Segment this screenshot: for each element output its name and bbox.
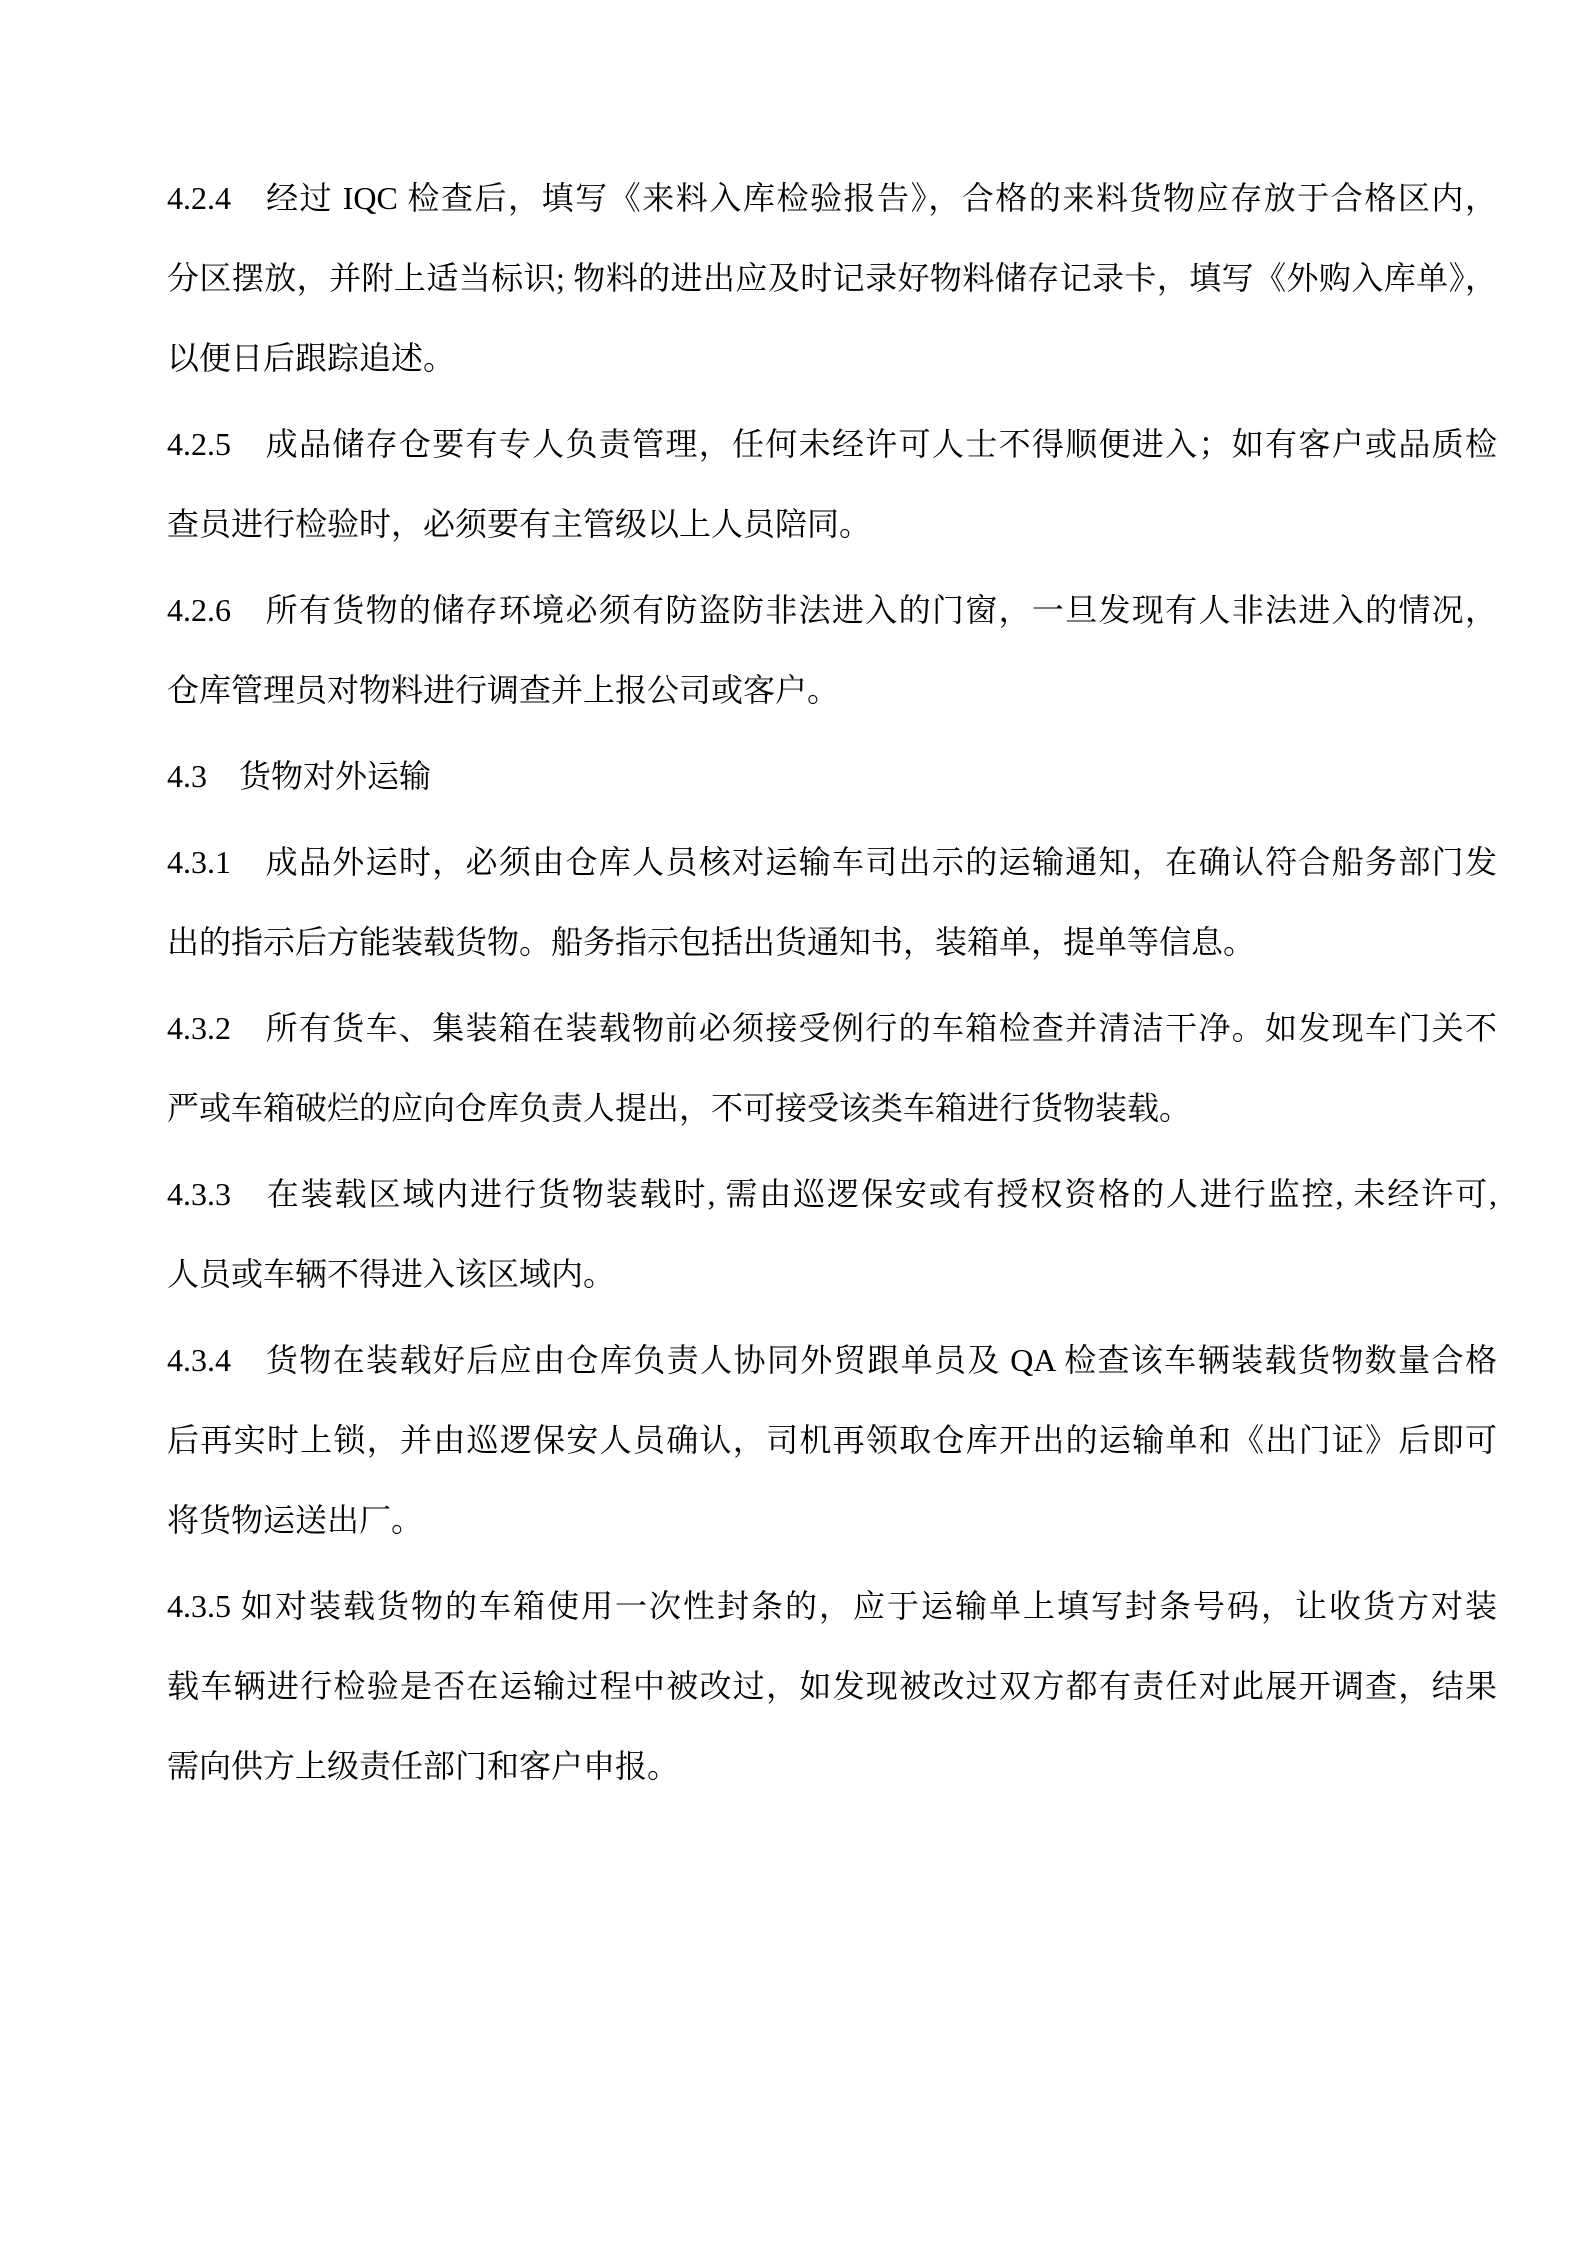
text-line: 人员或车辆不得进入该区域内。 [167, 1234, 1497, 1314]
text-line: 将货物运送出厂。 [167, 1480, 1497, 1560]
text-line: 4.3.1 成品外运时，必须由仓库人员核对运输车司出示的运输通知，在确认符合船务… [167, 822, 1497, 902]
paragraph-4.3.1: 4.3.1 成品外运时，必须由仓库人员核对运输车司出示的运输通知，在确认符合船务… [167, 822, 1497, 982]
paragraph-4.3.5: 4.3.5 如对装载货物的车箱使用一次性封条的，应于运输单上填写封条号码，让收货… [167, 1566, 1497, 1806]
text-line: 4.3.3 在装载区域内进行货物装载时, 需由巡逻保安或有授权资格的人进行监控,… [167, 1154, 1497, 1234]
text-line: 查员进行检验时，必须要有主管级以上人员陪同。 [167, 484, 1497, 564]
paragraph-4.3.4: 4.3.4 货物在装载好后应由仓库负责人协同外贸跟单员及 QA 检查该车辆装载货… [167, 1320, 1497, 1560]
text-line: 载车辆进行检验是否在运输过程中被改过，如发现被改过双方都有责任对此展开调查，结果 [167, 1646, 1497, 1726]
text-line: 4.2.5 成品储存仓要有专人负责管理，任何未经许可人士不得顺便进入；如有客户或… [167, 404, 1497, 484]
text-line: 4.2.6 所有货物的储存环境必须有防盗防非法进入的门窗，一旦发现有人非法进入的… [167, 570, 1497, 650]
paragraph-4.2.4: 4.2.4 经过 IQC 检查后，填写《来料入库检验报告》，合格的来料货物应存放… [167, 158, 1497, 398]
paragraph-4.3.2: 4.3.2 所有货车、集装箱在装载物前必须接受例行的车箱检查并清洁干净。如发现车… [167, 988, 1497, 1148]
text-line: 4.3.2 所有货车、集装箱在装载物前必须接受例行的车箱检查并清洁干净。如发现车… [167, 988, 1497, 1068]
text-line: 4.3.5 如对装载货物的车箱使用一次性封条的，应于运输单上填写封条号码，让收货… [167, 1566, 1497, 1646]
text-line: 4.2.4 经过 IQC 检查后，填写《来料入库检验报告》，合格的来料货物应存放… [167, 158, 1497, 238]
text-line: 4.3 货物对外运输 [167, 736, 1497, 816]
document-page: 4.2.4 经过 IQC 检查后，填写《来料入库检验报告》，合格的来料货物应存放… [0, 0, 1587, 2245]
paragraph-4.2.5: 4.2.5 成品储存仓要有专人负责管理，任何未经许可人士不得顺便进入；如有客户或… [167, 404, 1497, 564]
text-line: 仓库管理员对物料进行调查并上报公司或客户。 [167, 650, 1497, 730]
paragraph-4.3: 4.3 货物对外运输 [167, 736, 1497, 816]
paragraph-4.3.3: 4.3.3 在装载区域内进行货物装载时, 需由巡逻保安或有授权资格的人进行监控,… [167, 1154, 1497, 1314]
text-line: 4.3.4 货物在装载好后应由仓库负责人协同外贸跟单员及 QA 检查该车辆装载货… [167, 1320, 1497, 1400]
text-line: 以便日后跟踪追述。 [167, 318, 1497, 398]
text-line: 后再实时上锁，并由巡逻保安人员确认，司机再领取仓库开出的运输单和《出门证》后即可 [167, 1400, 1497, 1480]
text-line: 分区摆放，并附上适当标识; 物料的进出应及时记录好物料储存记录卡，填写《外购入库… [167, 238, 1497, 318]
text-line: 出的指示后方能装载货物。船务指示包括出货通知书，装箱单，提单等信息。 [167, 902, 1497, 982]
text-line: 严或车箱破烂的应向仓库负责人提出，不可接受该类车箱进行货物装载。 [167, 1068, 1497, 1148]
paragraph-4.2.6: 4.2.6 所有货物的储存环境必须有防盗防非法进入的门窗，一旦发现有人非法进入的… [167, 570, 1497, 730]
document-text: 4.2.4 经过 IQC 检查后，填写《来料入库检验报告》，合格的来料货物应存放… [167, 158, 1497, 1812]
text-line: 需向供方上级责任部门和客户申报。 [167, 1726, 1497, 1806]
